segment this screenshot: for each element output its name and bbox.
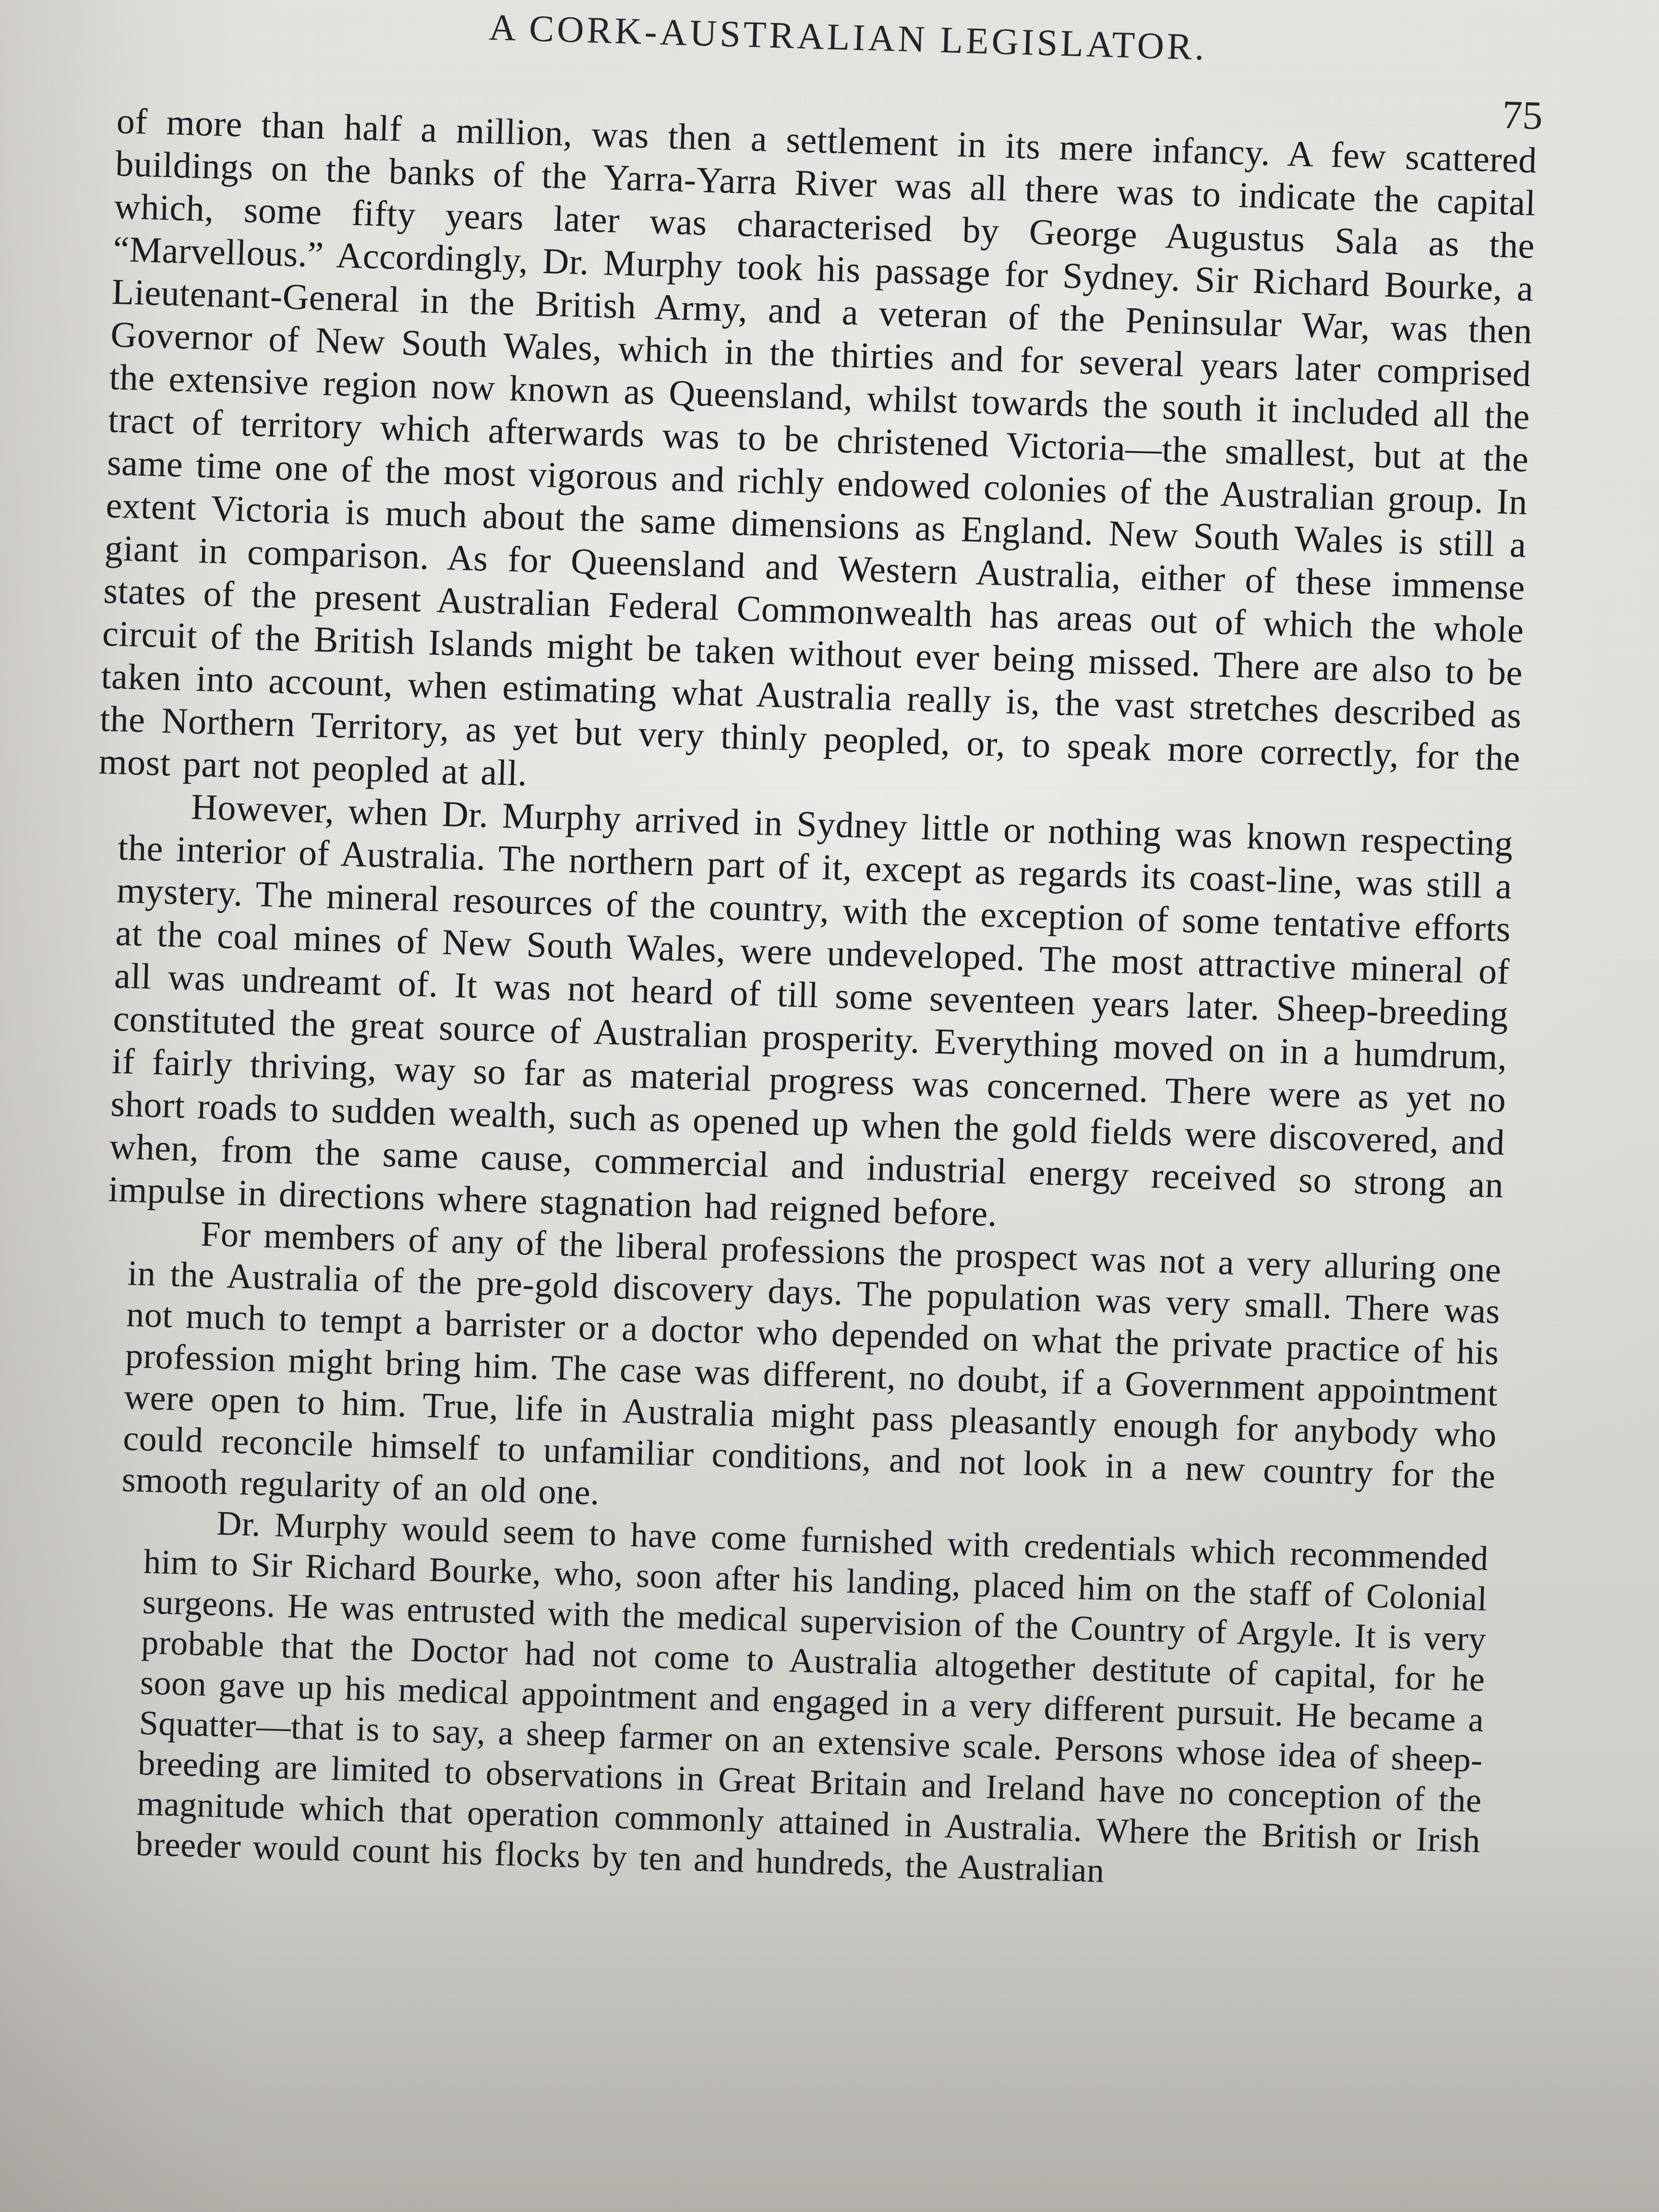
paragraph-3: For members of any of the liberal profes… xyxy=(121,1212,1502,1539)
page-number: 75 xyxy=(1502,92,1543,139)
paragraph-2: However, when Dr. Murphy arrived in Sydn… xyxy=(108,784,1514,1250)
paragraph-1: of more than half a million, was then a … xyxy=(98,100,1538,823)
paragraph-4: Dr. Murphy would seem to have come furni… xyxy=(135,1501,1489,1901)
body-text: of more than half a million, was then a … xyxy=(68,100,1538,1901)
